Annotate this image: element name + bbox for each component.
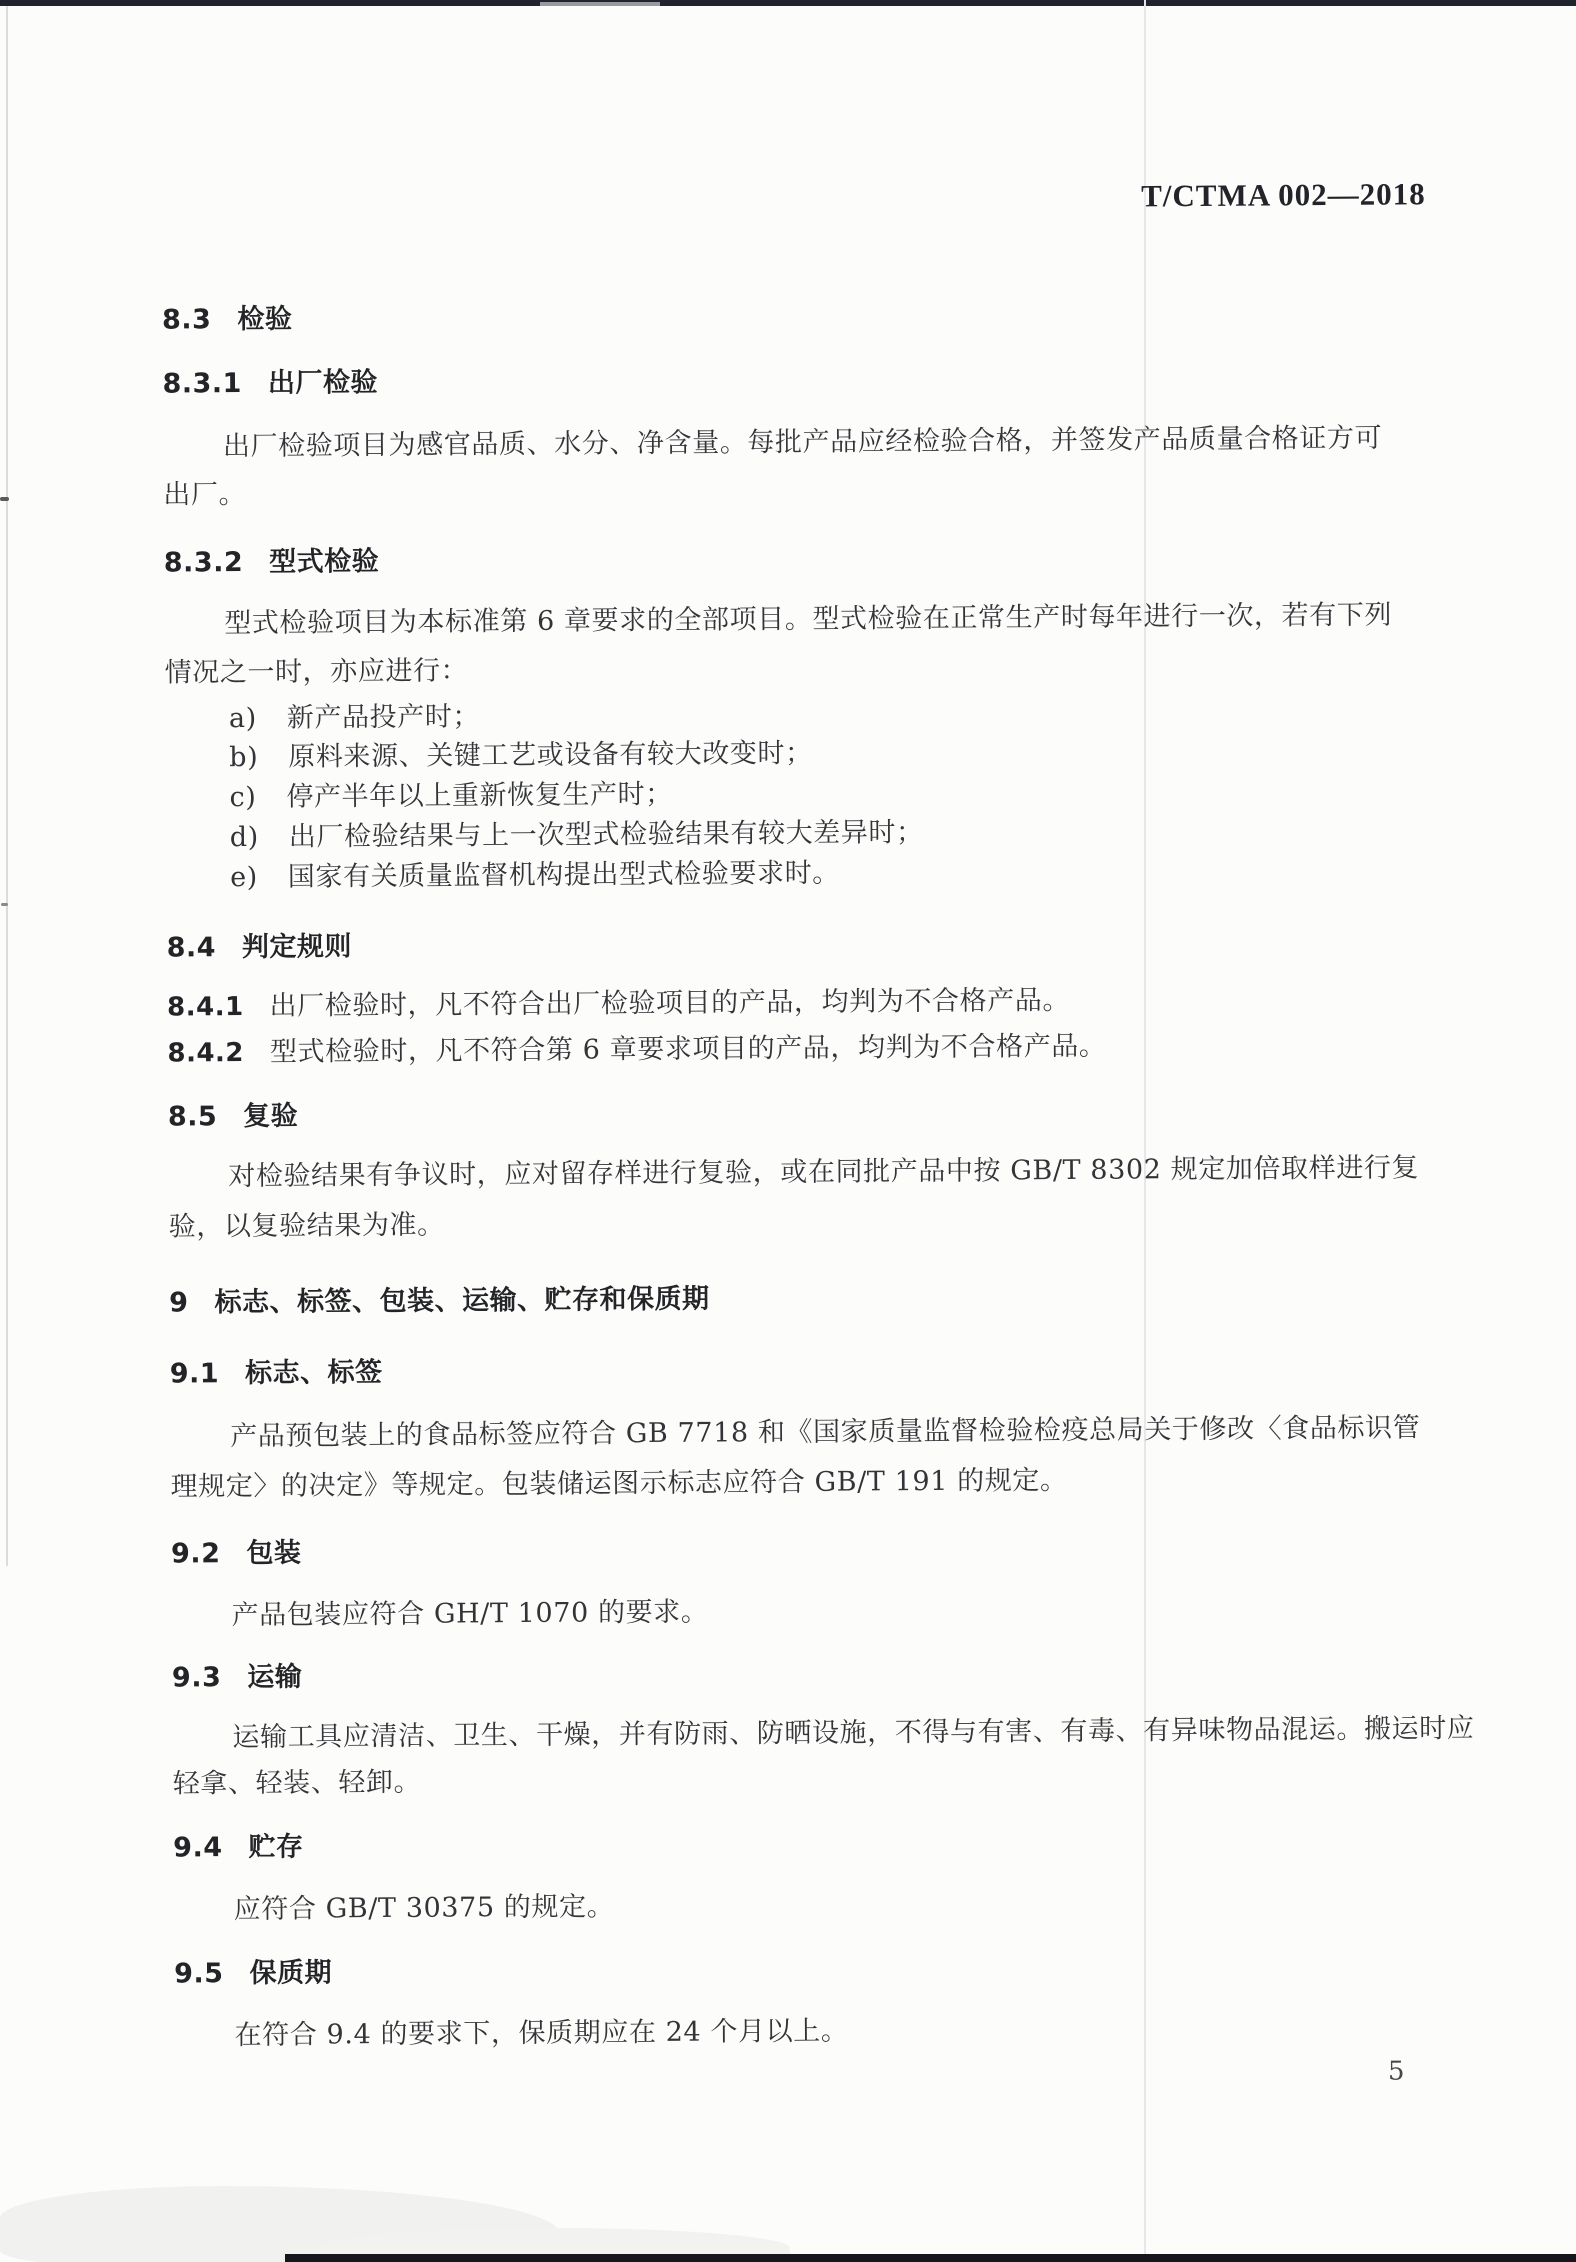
section-heading-9-5: 9.5保质期 xyxy=(174,1950,332,1990)
section-heading-8-3: 8.3检验 xyxy=(162,297,293,337)
section-number: 9.5 xyxy=(174,1958,224,1989)
body-line: 对检验结果有争议时，应对留存样进行复验，或在同批产品中按 GB/T 8302 规… xyxy=(228,1145,1419,1193)
document-content: T/CTMA 002—2018 8.3检验 8.3.1出厂检验 出厂检验项目为感… xyxy=(0,0,1576,2262)
clause-number: 8.4.1 xyxy=(167,992,244,1023)
list-text: 出厂检验结果与上一次型式检验结果有较大差异时； xyxy=(289,817,924,853)
list-item-d: d)出厂检验结果与上一次型式检验结果有较大差异时； xyxy=(230,810,924,854)
section-heading-9-1: 9.1标志、标签 xyxy=(170,1350,383,1391)
section-title: 保质期 xyxy=(249,1957,332,1989)
section-title: 出厂检验 xyxy=(268,367,378,399)
section-heading-9-3: 9.3运输 xyxy=(172,1655,303,1695)
section-heading-8-5: 8.5复验 xyxy=(168,1094,299,1134)
list-marker: c) xyxy=(229,782,256,813)
section-number: 8.3.1 xyxy=(162,368,242,400)
body-line: 在符合 9.4 的要求下，保质期应在 24 个月以上。 xyxy=(234,2009,848,2052)
section-title: 贮存 xyxy=(248,1832,303,1863)
section-title: 标志、标签、包装、运输、贮存和保质期 xyxy=(214,1284,709,1319)
section-number: 9.4 xyxy=(173,1832,223,1863)
section-title: 复验 xyxy=(243,1101,298,1132)
list-marker: a) xyxy=(229,703,257,734)
scanned-document-page: T/CTMA 002—2018 8.3检验 8.3.1出厂检验 出厂检验项目为感… xyxy=(0,0,1576,2262)
body-line: 出厂检验项目为感官品质、水分、净含量。每批产品应经检验合格，并签发产品质量合格证… xyxy=(223,416,1382,463)
clause-8-4-2: 8.4.2型式检验时，凡不符合第 6 章要求项目的产品，均判为不合格产品。 xyxy=(167,1024,1106,1070)
section-heading-8-3-2: 8.3.2型式检验 xyxy=(164,539,380,580)
body-line: 产品预包装上的食品标签应符合 GB 7718 和《国家质量监督检验检疫总局关于修… xyxy=(230,1405,1420,1453)
section-title: 判定规则 xyxy=(242,931,352,963)
clause-number: 8.4.2 xyxy=(167,1038,244,1069)
section-number: 9.3 xyxy=(172,1662,222,1693)
body-line: 理规定〉的决定》等规定。包装储运图示标志应符合 GB/T 191 的规定。 xyxy=(170,1458,1067,1504)
list-item-c: c)停产半年以上重新恢复生产时； xyxy=(229,772,673,814)
body-line: 应符合 GB/T 30375 的规定。 xyxy=(234,1884,615,1926)
section-title: 型式检验 xyxy=(269,546,379,578)
section-number: 8.5 xyxy=(168,1101,218,1132)
section-heading-9-2: 9.2包装 xyxy=(171,1531,302,1571)
section-number: 9 xyxy=(169,1287,189,1318)
section-title: 检验 xyxy=(237,304,292,335)
body-line: 型式检验项目为本标准第 6 章要求的全部项目。型式检验在正常生产时每年进行一次，… xyxy=(224,593,1392,641)
section-number: 8.3 xyxy=(162,304,212,335)
clause-8-4-1: 8.4.1出厂检验时，凡不符合出厂检验项目的产品，均判为不合格产品。 xyxy=(167,978,1070,1024)
section-title: 运输 xyxy=(247,1662,302,1693)
section-number: 9.1 xyxy=(170,1358,220,1389)
list-text: 原料来源、关键工艺或设备有较大改变时； xyxy=(288,738,813,773)
section-heading-8-4: 8.4判定规则 xyxy=(166,924,352,964)
body-line: 情况之一时，亦应进行： xyxy=(164,648,468,689)
list-text: 停产半年以上重新恢复生产时； xyxy=(286,779,673,813)
body-line: 轻拿、轻装、轻卸。 xyxy=(173,1760,422,1801)
list-item-b: b)原料来源、关键工艺或设备有较大改变时； xyxy=(229,731,813,774)
list-marker: b) xyxy=(229,742,258,773)
list-marker: d) xyxy=(230,822,259,853)
page-number: 5 xyxy=(1388,2057,1405,2087)
section-heading-8-3-1: 8.3.1出厂检验 xyxy=(162,360,378,401)
body-line: 运输工具应清洁、卫生、干燥，并有防雨、防晒设施，不得与有害、有毒、有异味物品混运… xyxy=(232,1706,1474,1754)
section-number: 8.3.2 xyxy=(164,547,244,579)
list-item-a: a)新产品投产时； xyxy=(229,694,480,735)
section-title: 标志、标签 xyxy=(245,1357,383,1389)
body-line: 验，以复验结果为准。 xyxy=(169,1203,445,1244)
clause-text: 出厂检验时，凡不符合出厂检验项目的产品，均判为不合格产品。 xyxy=(269,985,1070,1022)
list-text: 新产品投产时； xyxy=(287,701,480,733)
document-code-header: T/CTMA 002—2018 xyxy=(1141,176,1426,214)
list-text: 国家有关质量监督机构提出型式检验要求时。 xyxy=(288,858,840,893)
section-heading-9-4: 9.4贮存 xyxy=(173,1825,304,1865)
section-number: 8.4 xyxy=(167,932,217,963)
list-marker: e) xyxy=(230,862,258,893)
section-number: 9.2 xyxy=(171,1538,221,1569)
section-heading-9: 9标志、标签、包装、运输、贮存和保质期 xyxy=(169,1277,710,1320)
section-title: 包装 xyxy=(246,1538,301,1569)
body-line: 产品包装应符合 GH/T 1070 的要求。 xyxy=(231,1590,708,1632)
clause-text: 型式检验时，凡不符合第 6 章要求项目的产品，均判为不合格产品。 xyxy=(270,1031,1107,1068)
body-line: 出厂。 xyxy=(163,472,246,512)
list-item-e: e)国家有关质量监督机构提出型式检验要求时。 xyxy=(230,851,840,894)
